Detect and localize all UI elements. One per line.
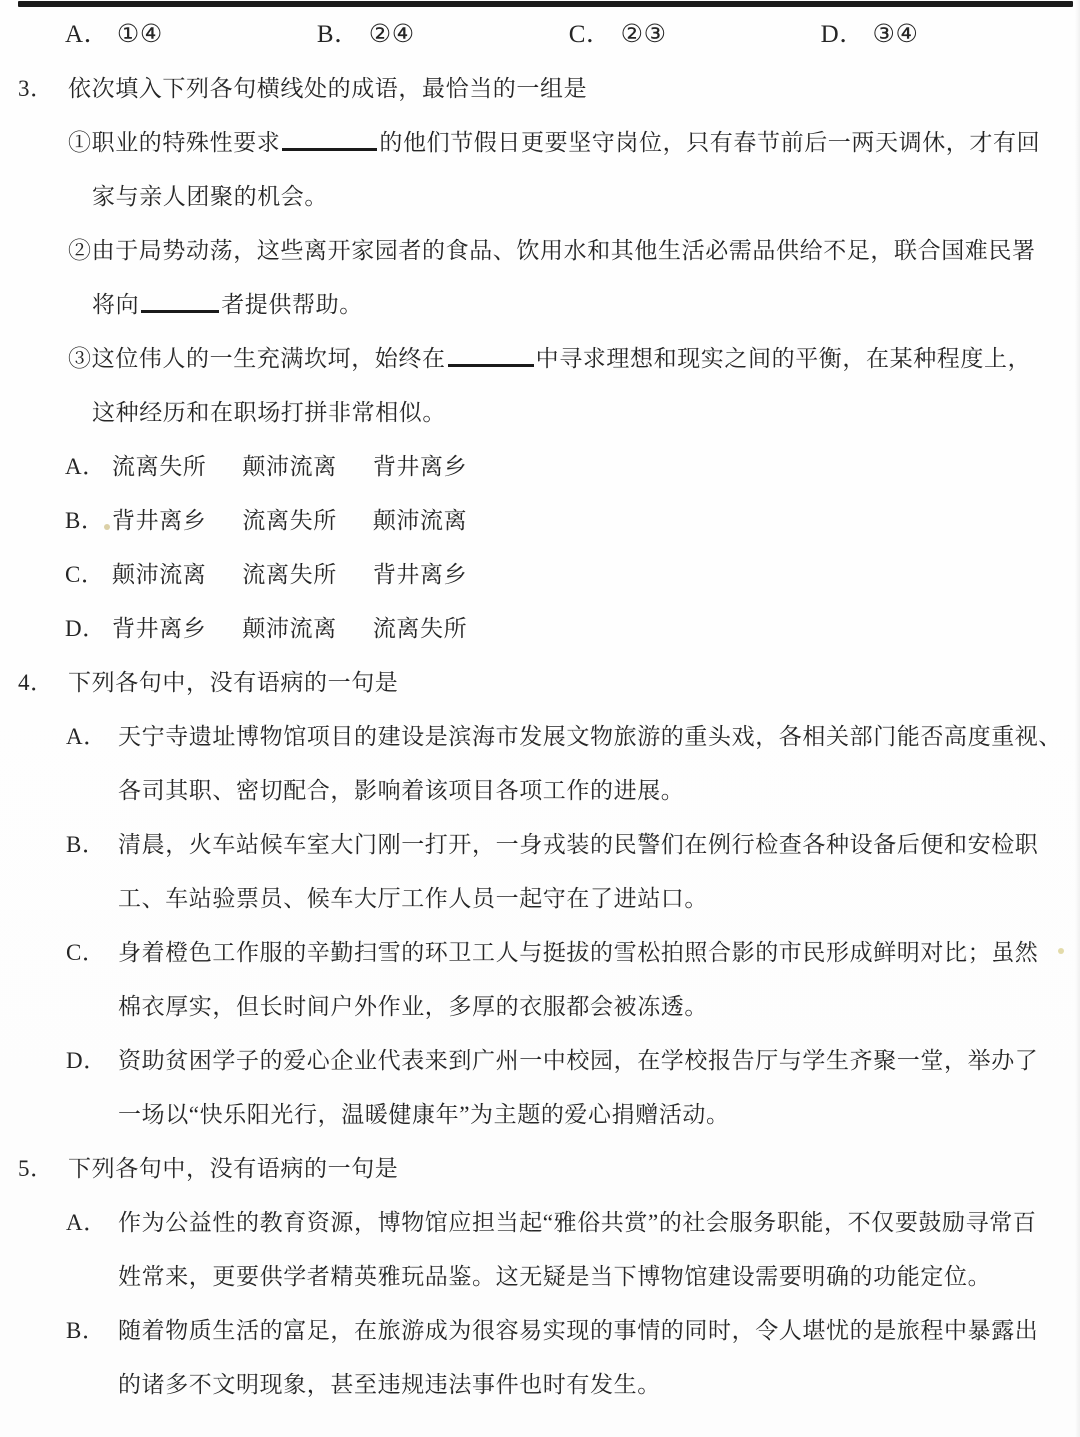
exam-paper-scan: A． ①④ B． ②④ C． ②③ D． ③④ 3．依次填入下列各句横线处的成语… [0, 0, 1080, 1437]
q5-option-a-line-2: 姓常来，更要供学者精英雅玩品鉴。这无疑是当下博物馆建设需要明确的功能定位。 [0, 1250, 1080, 1304]
option-text: 随着物质生活的富足，在旅游成为很容易实现的事情的同时，令人堪忧的是旅程中暴露出 [118, 1318, 1038, 1343]
q4-option-b-line-1: B．清晨，火车站候车室大门刚一打开，一身戎装的民警们在例行检查各种设备后便和安检… [0, 818, 1080, 872]
sentence-text: ③这位伟人的一生充满坎坷，始终在 [68, 346, 446, 371]
fill-in-blank-3 [448, 360, 534, 367]
q3-sentence-1-line-2: 家与亲人团聚的机会。 [0, 170, 1080, 224]
option-text: 资助贫困学子的爱心企业代表来到广州一中校园，在学校报告厅与学生齐聚一堂，举办了 [118, 1048, 1038, 1073]
idiom-term: 颠沛流离 [373, 494, 467, 548]
idiom-term: 流离失所 [242, 548, 336, 602]
option-letter: C． [569, 8, 614, 62]
q4-option-c-line-1: C．身着橙色工作服的辛勤扫雪的环卫工人与挺拔的雪松拍照合影的市民形成鲜明对比；虽… [0, 926, 1080, 980]
prev-option-c: C． ②③ [569, 8, 814, 62]
option-letter: B． [66, 1304, 118, 1358]
q3-option-b: B．背井离乡流离失所颠沛流离 [0, 494, 1080, 548]
q3-sentence-1-line-1: ①职业的特殊性要求的他们节假日更要坚守岗位，只有春节前后一两天调休，才有回 [0, 116, 1080, 170]
option-text: 棉衣厚实，但长时间户外作业，多厚的衣服都会被冻透。 [118, 994, 708, 1019]
exam-content: A． ①④ B． ②④ C． ②③ D． ③④ 3．依次填入下列各句横线处的成语… [0, 8, 1080, 1412]
idiom-term: 背井离乡 [112, 602, 206, 656]
sentence-text: 将向 [92, 292, 139, 317]
scan-artifact-dot [1058, 948, 1064, 954]
q3-sentence-3-line-1: ③这位伟人的一生充满坎坷，始终在中寻求理想和现实之间的平衡，在某种程度上， [0, 332, 1080, 386]
option-text: 姓常来，更要供学者精英雅玩品鉴。这无疑是当下博物馆建设需要明确的功能定位。 [118, 1264, 991, 1289]
option-letter: D． [65, 602, 112, 656]
option-text: 身着橙色工作服的辛勤扫雪的环卫工人与挺拔的雪松拍照合影的市民形成鲜明对比；虽然 [118, 940, 1038, 965]
prev-question-options-row: A． ①④ B． ②④ C． ②③ D． ③④ [0, 8, 1080, 62]
fill-in-blank-2 [141, 306, 219, 313]
question-stem-text: 下列各句中，没有语病的一句是 [68, 670, 398, 695]
option-text: 清晨，火车站候车室大门刚一打开，一身戎装的民警们在例行检查各种设备后便和安检职 [118, 832, 1038, 857]
sentence-text: 的他们节假日更要坚守岗位，只有春节前后一两天调休，才有回 [379, 130, 1040, 155]
idiom-term: 颠沛流离 [242, 602, 336, 656]
question-5-stem: 5．下列各句中，没有语病的一句是 [0, 1142, 1080, 1196]
idiom-term: 流离失所 [112, 440, 206, 494]
option-text: 工、车站验票员、候车大厅工作人员一起守在了进站口。 [118, 886, 708, 911]
question-3-stem: 3．依次填入下列各句横线处的成语，最恰当的一组是 [0, 62, 1080, 116]
option-text: 作为公益性的教育资源，博物馆应担当起“雅俗共赏”的社会服务职能，不仅要鼓励寻常百 [118, 1210, 1036, 1235]
q4-option-a-line-2: 各司其职、密切配合，影响着该项目各项工作的进展。 [0, 764, 1080, 818]
prev-option-a: A． ①④ [65, 8, 310, 62]
option-value: ②④ [369, 21, 415, 48]
fill-in-blank-1 [282, 144, 377, 151]
question-stem-text: 依次填入下列各句横线处的成语，最恰当的一组是 [68, 76, 587, 101]
q4-option-d-line-1: D．资助贫困学子的爱心企业代表来到广州一中校园，在学校报告厅与学生齐聚一堂，举办… [0, 1034, 1080, 1088]
q4-option-b-line-2: 工、车站验票员、候车大厅工作人员一起守在了进站口。 [0, 872, 1080, 926]
question-4-stem: 4．下列各句中，没有语病的一句是 [0, 656, 1080, 710]
option-letter: B． [317, 8, 362, 62]
sentence-text: 者提供帮助。 [221, 292, 363, 317]
q4-option-c-line-2: 棉衣厚实，但长时间户外作业，多厚的衣服都会被冻透。 [0, 980, 1080, 1034]
option-letter: A． [66, 710, 118, 764]
idiom-term: 颠沛流离 [112, 548, 206, 602]
sentence-text: 中寻求理想和现实之间的平衡，在某种程度上， [536, 346, 1032, 371]
idiom-term: 背井离乡 [112, 494, 206, 548]
prev-option-d: D． ③④ [821, 8, 919, 62]
option-letter: B． [66, 818, 118, 872]
option-value: ③④ [872, 21, 918, 48]
idiom-term: 颠沛流离 [242, 440, 336, 494]
q3-sentence-2-line-2: 将向者提供帮助。 [0, 278, 1080, 332]
q5-option-a-line-1: A．作为公益性的教育资源，博物馆应担当起“雅俗共赏”的社会服务职能，不仅要鼓励寻… [0, 1196, 1080, 1250]
q4-option-a-line-1: A．天宁寺遗址博物馆项目的建设是滨海市发展文物旅游的重头戏，各相关部门能否高度重… [0, 710, 1080, 764]
q3-option-d: D．背井离乡颠沛流离流离失所 [0, 602, 1080, 656]
option-letter: A． [65, 440, 112, 494]
q3-sentence-2-line-1: ②由于局势动荡，这些离开家园者的食品、饮用水和其他生活必需品供给不足，联合国难民… [0, 224, 1080, 278]
idiom-term: 流离失所 [242, 494, 336, 548]
option-letter: D． [821, 8, 866, 62]
option-letter: B． [65, 494, 112, 548]
option-letter: A． [66, 1196, 118, 1250]
prev-option-b: B． ②④ [317, 8, 562, 62]
scan-artifact-dot [104, 524, 110, 530]
question-number: 3． [18, 62, 68, 116]
q4-option-d-line-2: 一场以“快乐阳光行，温暖健康年”为主题的爱心捐赠活动。 [0, 1088, 1080, 1142]
q5-option-b-line-1: B．随着物质生活的富足，在旅游成为很容易实现的事情的同时，令人堪忧的是旅程中暴露… [0, 1304, 1080, 1358]
option-letter: A． [65, 8, 110, 62]
q5-option-b-line-2: 的诸多不文明现象，甚至违规违法事件也时有发生。 [0, 1358, 1080, 1412]
question-number: 4． [18, 656, 68, 710]
option-letter: C． [66, 926, 118, 980]
option-text: 的诸多不文明现象，甚至违规违法事件也时有发生。 [118, 1372, 661, 1397]
sentence-text: 家与亲人团聚的机会。 [92, 184, 328, 209]
idiom-term: 背井离乡 [373, 440, 467, 494]
option-letter: D． [66, 1034, 118, 1088]
sentence-text: ②由于局势动荡，这些离开家园者的食品、饮用水和其他生活必需品供给不足，联合国难民… [68, 238, 1036, 263]
option-value: ①④ [117, 21, 163, 48]
option-text: 各司其职、密切配合，影响着该项目各项工作的进展。 [118, 778, 684, 803]
option-text: 天宁寺遗址博物馆项目的建设是滨海市发展文物旅游的重头戏，各相关部门能否高度重视、 [118, 724, 1062, 749]
sentence-text: 这种经历和在职场打拼非常相似。 [92, 400, 446, 425]
question-stem-text: 下列各句中，没有语病的一句是 [68, 1156, 398, 1181]
q3-option-c: C．颠沛流离流离失所背井离乡 [0, 548, 1080, 602]
idiom-term: 流离失所 [373, 602, 467, 656]
page-top-rule [18, 1, 1073, 7]
option-text: 一场以“快乐阳光行，温暖健康年”为主题的爱心捐赠活动。 [118, 1102, 730, 1127]
option-letter: C． [65, 548, 112, 602]
idiom-term: 背井离乡 [373, 548, 467, 602]
sentence-text: ①职业的特殊性要求 [68, 130, 280, 155]
q3-sentence-3-line-2: 这种经历和在职场打拼非常相似。 [0, 386, 1080, 440]
question-number: 5． [18, 1142, 68, 1196]
q3-option-a: A．流离失所颠沛流离背井离乡 [0, 440, 1080, 494]
option-value: ②③ [621, 21, 667, 48]
